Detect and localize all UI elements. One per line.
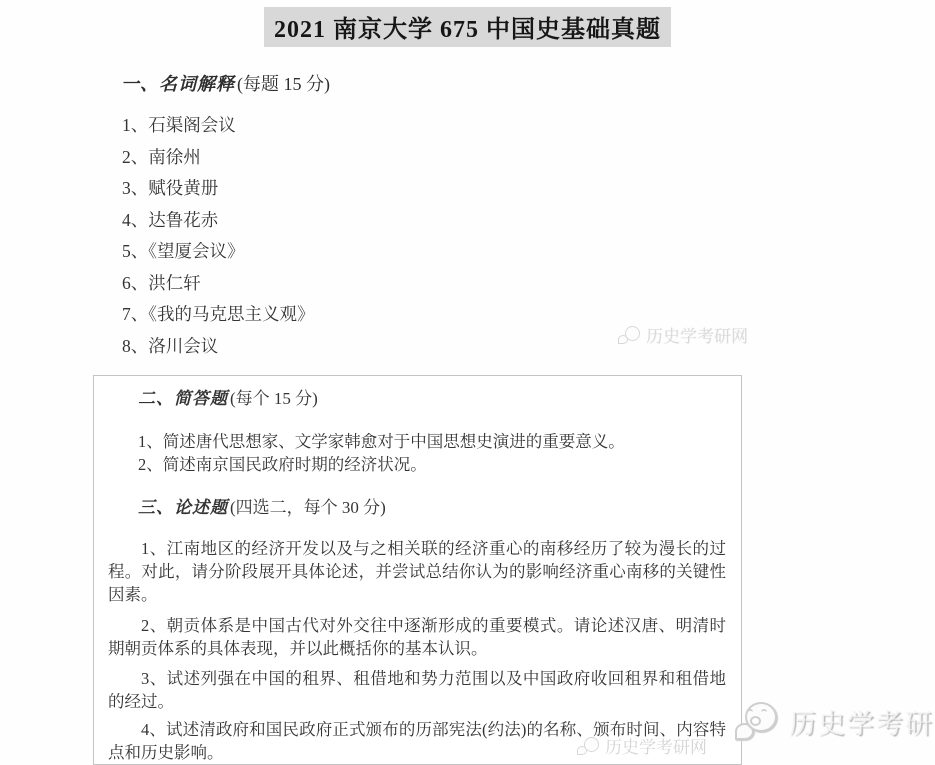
watermark-box-bottom: 历史学考研网 [577,733,707,758]
question-box: 二、简答题(每个 15 分) 1、简述唐代思想家、文学家韩愈对于中国思想史演进的… [93,375,742,765]
term-item: 3、赋役黄册 [122,173,315,205]
question-box-inner: 二、简答题(每个 15 分) 1、简述唐代思想家、文学家韩愈对于中国思想史演进的… [94,376,741,764]
section3-heading-note: (四选二，每个 30 分) [230,498,386,517]
term-item: 1、石渠阁会议 [122,110,315,142]
term-item: 2、南徐州 [122,142,315,174]
term-item: 8、洛川会议 [122,331,315,363]
brand-name: 历史学考研网 [789,702,935,741]
essay-question: 3、试述列强在中国的租界、租借地和势力范围以及中国政府收回租界和租借地的经过。 [108,667,726,713]
section2-heading-note: (每个 15 分) [230,389,318,408]
short-answer-question: 1、简述唐代思想家、文学家韩愈对于中国思想史演进的重要意义。 [138,430,725,453]
brand-logo-icon [618,326,640,344]
brand-logo-icon [577,737,599,755]
watermark-text: 历史学考研网 [646,322,748,347]
brand-logo-icon [733,700,779,742]
section3-heading: 三、论述题(四选二，每个 30 分) [138,493,725,518]
title-row: 2021 南京大学 675 中国史基础真题 [0,7,935,47]
term-item: 6、洪仁轩 [122,268,315,300]
brand-footer: 历史学考研网 [733,700,935,742]
section1-heading: 一、名词解释(每题 15 分) [121,70,330,96]
term-item: 7、《我的马克思主义观》 [122,299,315,331]
watermark-text: 历史学考研网 [605,733,707,758]
essay-question: 1、江南地区的经济开发以及与之相关联的经济重心的南移经历了较为漫长的过程。对此，… [108,537,726,606]
term-item: 5、《望厦会议》 [122,236,315,268]
watermark-mid: 历史学考研网 [618,322,748,347]
short-answer-question: 2、简述南京国民政府时期的经济状况。 [138,453,725,476]
section2-heading-label: 二、简答题 [138,389,228,408]
section3-heading-label: 三、论述题 [138,498,228,517]
term-list: 1、石渠阁会议 2、南徐州 3、赋役黄册 4、达鲁花赤 5、《望厦会议》 6、洪… [122,110,315,362]
page-title: 2021 南京大学 675 中国史基础真题 [264,7,671,47]
short-answer-list: 1、简述唐代思想家、文学家韩愈对于中国思想史演进的重要意义。 2、简述南京国民政… [138,430,725,476]
section2-heading: 二、简答题(每个 15 分) [138,384,725,409]
term-item: 4、达鲁花赤 [122,205,315,237]
exam-document-page: 2021 南京大学 675 中国史基础真题 一、名词解释(每题 15 分) 1、… [0,0,935,765]
essay-question: 2、朝贡体系是中国古代对外交往中逐渐形成的重要模式。请论述汉唐、明清时期朝贡体系… [108,614,726,660]
section1-heading-label: 一、名词解释 [121,74,235,94]
section1-heading-note: (每题 15 分) [237,74,330,94]
